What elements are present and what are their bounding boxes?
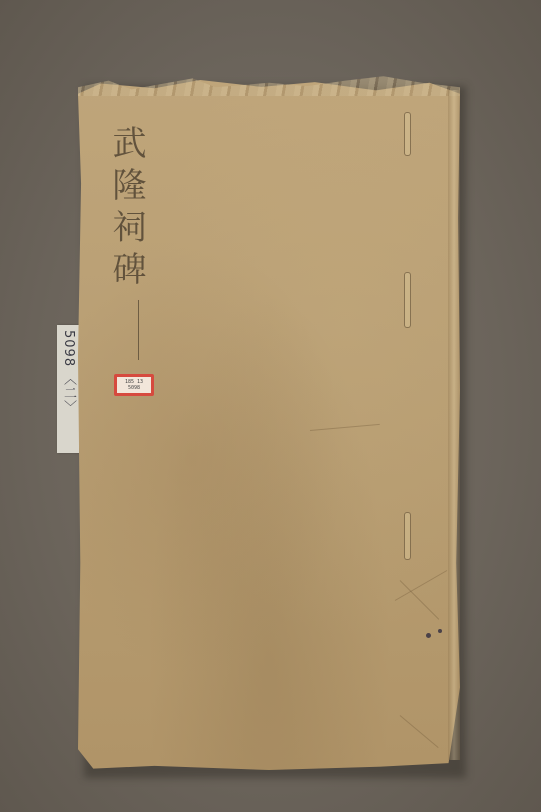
wormhole [426,633,431,638]
library-call-number-label: 185 13 5098 [114,374,154,396]
binding-slit [404,112,411,156]
side-index-tab-text: 5098 〈二〉 [57,330,79,448]
binding-slit [404,512,411,560]
wormhole [438,629,442,633]
binding-slit [404,272,411,328]
title-brush-stroke [138,300,139,360]
handwritten-title: 武隆祠碑 [92,125,152,293]
label-line: 5098 [117,385,151,391]
spine-edge [448,90,460,760]
